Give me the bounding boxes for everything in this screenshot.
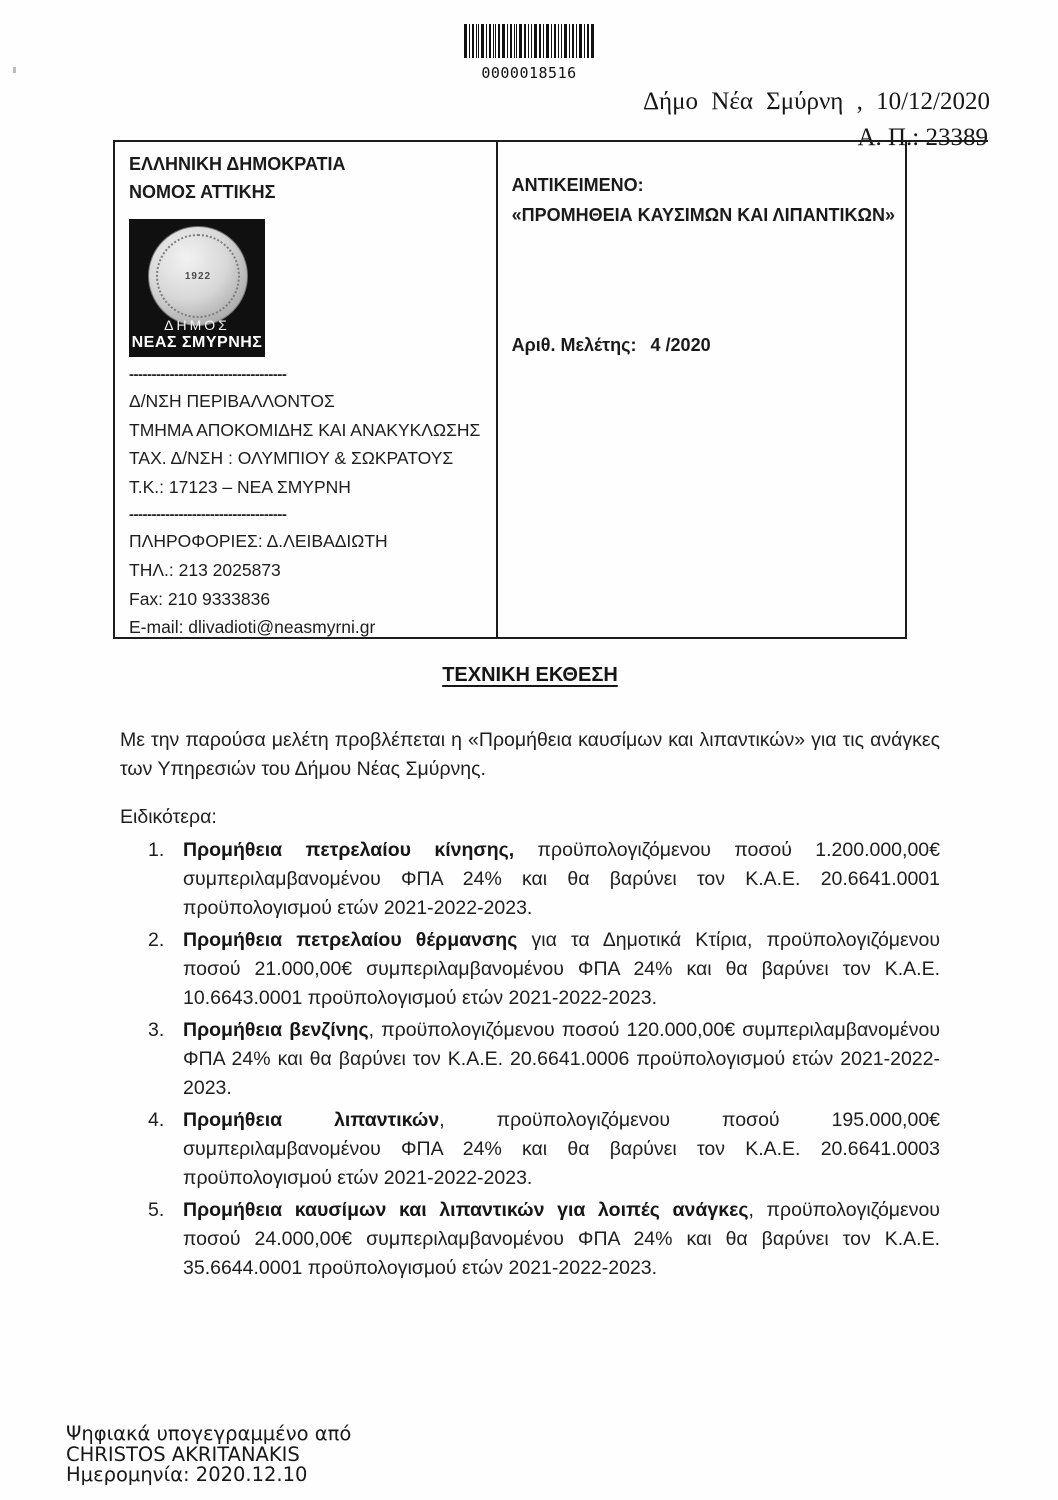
logo-text-neas-smyrnis: ΝΕΑΣ ΣΜΥΡΝΗΣ — [129, 334, 265, 352]
contact-line: ΠΛΗΡΟΦΟΡΙΕΣ: Δ.ΛΕΙΒΑΔΙΩΤΗ — [129, 527, 484, 556]
logo-text-dimos: ΔΗΜΟΣ — [129, 317, 265, 333]
letterhead-left-cell: ΕΛΛΗΝΙΚΗ ΔΗΜΟΚΡΑΤΙΑ ΝΟΜΟΣ ΑΤΤΙΚΗΣ 1922 Δ… — [115, 140, 498, 637]
procurement-list: 1. Προμήθεια πετρελαίου κίνησης, προϋπολ… — [148, 836, 940, 1286]
signature-date: Ημερομηνία: 2020.12.10 — [66, 1465, 351, 1486]
seal-year: 1922 — [149, 271, 247, 282]
divider-dashes: ----------------------------------- — [129, 503, 484, 527]
divider-dashes: ----------------------------------- — [129, 363, 484, 387]
barcode-bars-icon — [463, 24, 595, 58]
scan-artifact — [13, 67, 16, 73]
seal-coin-icon: 1922 — [148, 226, 248, 326]
list-item: 4. Προμήθεια λιπαντικών, προϋπολογιζόμεν… — [148, 1106, 940, 1193]
letterhead-table: ΕΛΛΗΝΙΚΗ ΔΗΜΟΚΡΑΤΙΑ ΝΟΜΟΣ ΑΤΤΙΚΗΣ 1922 Δ… — [113, 140, 907, 639]
department-line: ΤΜΗΜΑ ΑΠΟΚΟΜΙΔΗΣ ΚΑΙ ΑΝΑΚΥΚΛΩΣΗΣ — [129, 416, 484, 445]
postal-line: Τ.Κ.: 17123 – ΝΕΑ ΣΜΥΡΝΗ — [129, 473, 484, 502]
phone-line: ΤΗΛ.: 213 2025873 — [129, 556, 484, 585]
country-name: ΕΛΛΗΝΙΚΗ ΔΗΜΟΚΡΑΤΙΑ — [129, 150, 484, 178]
letterhead-right-cell: ΑΝΤΙΚΕΙΜΕΝΟ: «ΠΡΟΜΗΘΕΙΑ ΚΑΥΣΙΜΩΝ ΚΑΙ ΛΙΠ… — [498, 140, 905, 637]
subject-label: ΑΝΤΙΚΕΙΜΕΝΟ: — [512, 170, 895, 200]
study-number-label: Αριθ. Μελέτης: — [512, 335, 637, 355]
signature-name: CHRISTOS AKRITANAKIS — [66, 1445, 351, 1466]
digital-signature-stamp: Ψηφιακά υπογεγραμμένο από CHRISTOS AKRIT… — [66, 1424, 351, 1486]
subject-text: «ΠΡΟΜΗΘΕΙΑ ΚΑΥΣΙΜΩΝ ΚΑΙ ΛΙΠΑΝΤΙΚΩΝ» — [512, 200, 895, 230]
list-item: 3. Προμήθεια βενζίνης, προϋπολογιζόμενου… — [148, 1016, 940, 1103]
scanned-document-page: 0000018516 Δήμο Νέα Σμύρνη , 10/12/2020 … — [0, 0, 1058, 1500]
barcode-number: 0000018516 — [455, 64, 603, 82]
address-line: ΤΑΧ. Δ/ΝΣΗ : ΟΛΥΜΠΙΟΥ & ΣΩΚΡΑΤΟΥΣ — [129, 444, 484, 473]
list-item: 2. Προμήθεια πετρελαίου θέρμανσης για τα… — [148, 926, 940, 1013]
eidikotera-label: Ειδικότερα: — [120, 806, 217, 829]
study-number-row: Αριθ. Μελέτης:4 /2020 — [512, 335, 895, 356]
list-item: 5. Προμήθεια καυσίμων και λιπαντικών για… — [148, 1196, 940, 1283]
document-title: ΤΕΧΝΙΚΗ ΕΚΘΕΣΗ — [120, 664, 940, 687]
fax-line: Fax: 210 9333836 — [129, 585, 484, 614]
prefecture-name: ΝΟΜΟΣ ΑΤΤΙΚΗΣ — [129, 178, 484, 206]
intro-paragraph: Με την παρούσα μελέτη προβλέπεται η «Προ… — [120, 726, 940, 784]
signature-line1: Ψηφιακά υπογεγραμμένο από — [66, 1424, 351, 1445]
list-item: 1. Προμήθεια πετρελαίου κίνησης, προϋπολ… — [148, 836, 940, 923]
document-date: Δήμο Νέα Σμύρνη , 10/12/2020 — [643, 88, 990, 116]
email-line: E-mail: dlivadioti@neasmyrni.gr — [129, 613, 484, 642]
municipality-logo: 1922 ΔΗΜΟΣ ΝΕΑΣ ΣΜΥΡΝΗΣ — [129, 219, 265, 357]
directorate-line: Δ/ΝΣΗ ΠΕΡΙΒΑΛΛΟΝΤΟΣ — [129, 387, 484, 416]
study-number-value: 4 /2020 — [651, 335, 711, 355]
barcode: 0000018516 — [455, 24, 603, 82]
